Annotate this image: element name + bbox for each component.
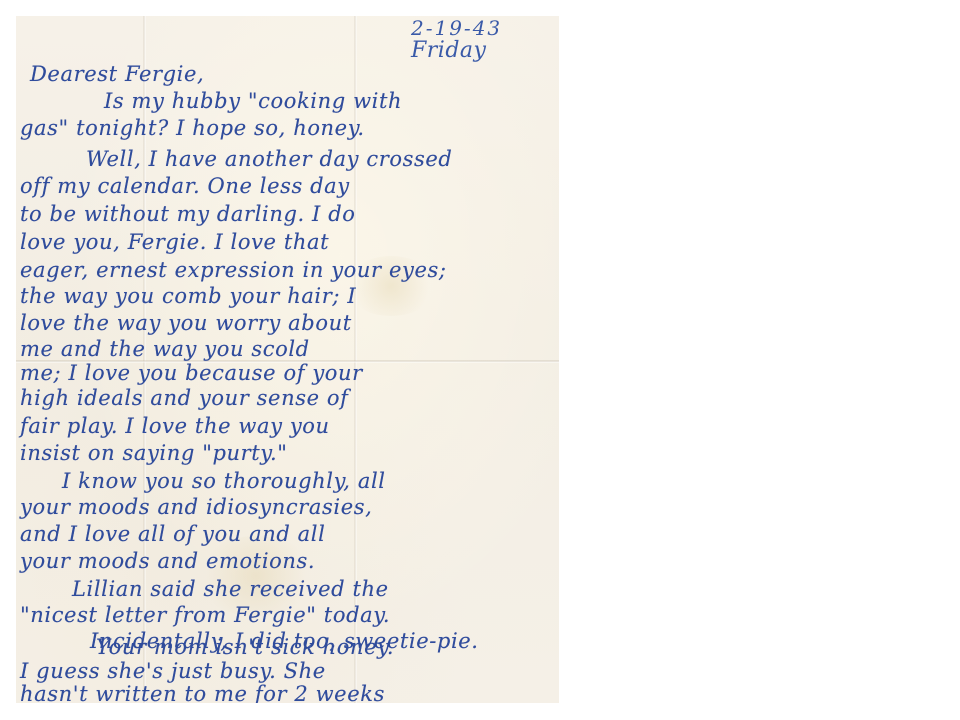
letter-line: hasn't written to me for 2 weeks	[20, 684, 385, 703]
letter-line: off my calendar. One less day	[20, 176, 350, 197]
letter-line: insist on saying "purty."	[20, 443, 288, 464]
letter-line: I guess she's just busy. She	[20, 661, 326, 682]
letter-line: Is my hubby "cooking with	[104, 91, 402, 112]
canvas: 2-19-43 Friday Dearest Fergie, Is my hub…	[0, 0, 960, 720]
letter-line: love the way you worry about	[20, 313, 352, 334]
letter-page: 2-19-43 Friday Dearest Fergie, Is my hub…	[16, 16, 559, 703]
letter-line: I know you so thoroughly, all	[62, 471, 386, 492]
letter-line: fair play. I love the way you	[20, 416, 330, 437]
letter-line: to be without my darling. I do	[20, 204, 356, 225]
letter-line: Your mom isn't sick honey.	[96, 637, 394, 658]
letter-line: gas" tonight? I hope so, honey.	[20, 118, 365, 139]
letter-line: Well, I have another day crossed	[86, 149, 452, 170]
letter-line: love you, Fergie. I love that	[20, 232, 329, 253]
letter-line: high ideals and your sense of	[20, 388, 349, 409]
letter-line: me; I love you because of your	[20, 363, 363, 384]
salutation: Dearest Fergie,	[30, 64, 204, 85]
letter-line: Lillian said she received the	[72, 579, 389, 600]
letter-line: the way you comb your hair; I	[20, 286, 356, 307]
letter-date: 2-19-43 Friday	[411, 18, 502, 62]
letter-line: me and the way you scold	[20, 339, 310, 360]
date-text: 2-19-43	[411, 18, 502, 38]
letter-line: your moods and emotions.	[20, 551, 315, 572]
weekday-text: Friday	[411, 40, 502, 62]
letter-line: "nicest letter from Fergie" today.	[20, 605, 390, 626]
letter-line: your moods and idiosyncrasies,	[20, 497, 372, 518]
letter-line: eager, ernest expression in your eyes;	[20, 260, 447, 281]
letter-line: and I love all of you and all	[20, 524, 325, 545]
